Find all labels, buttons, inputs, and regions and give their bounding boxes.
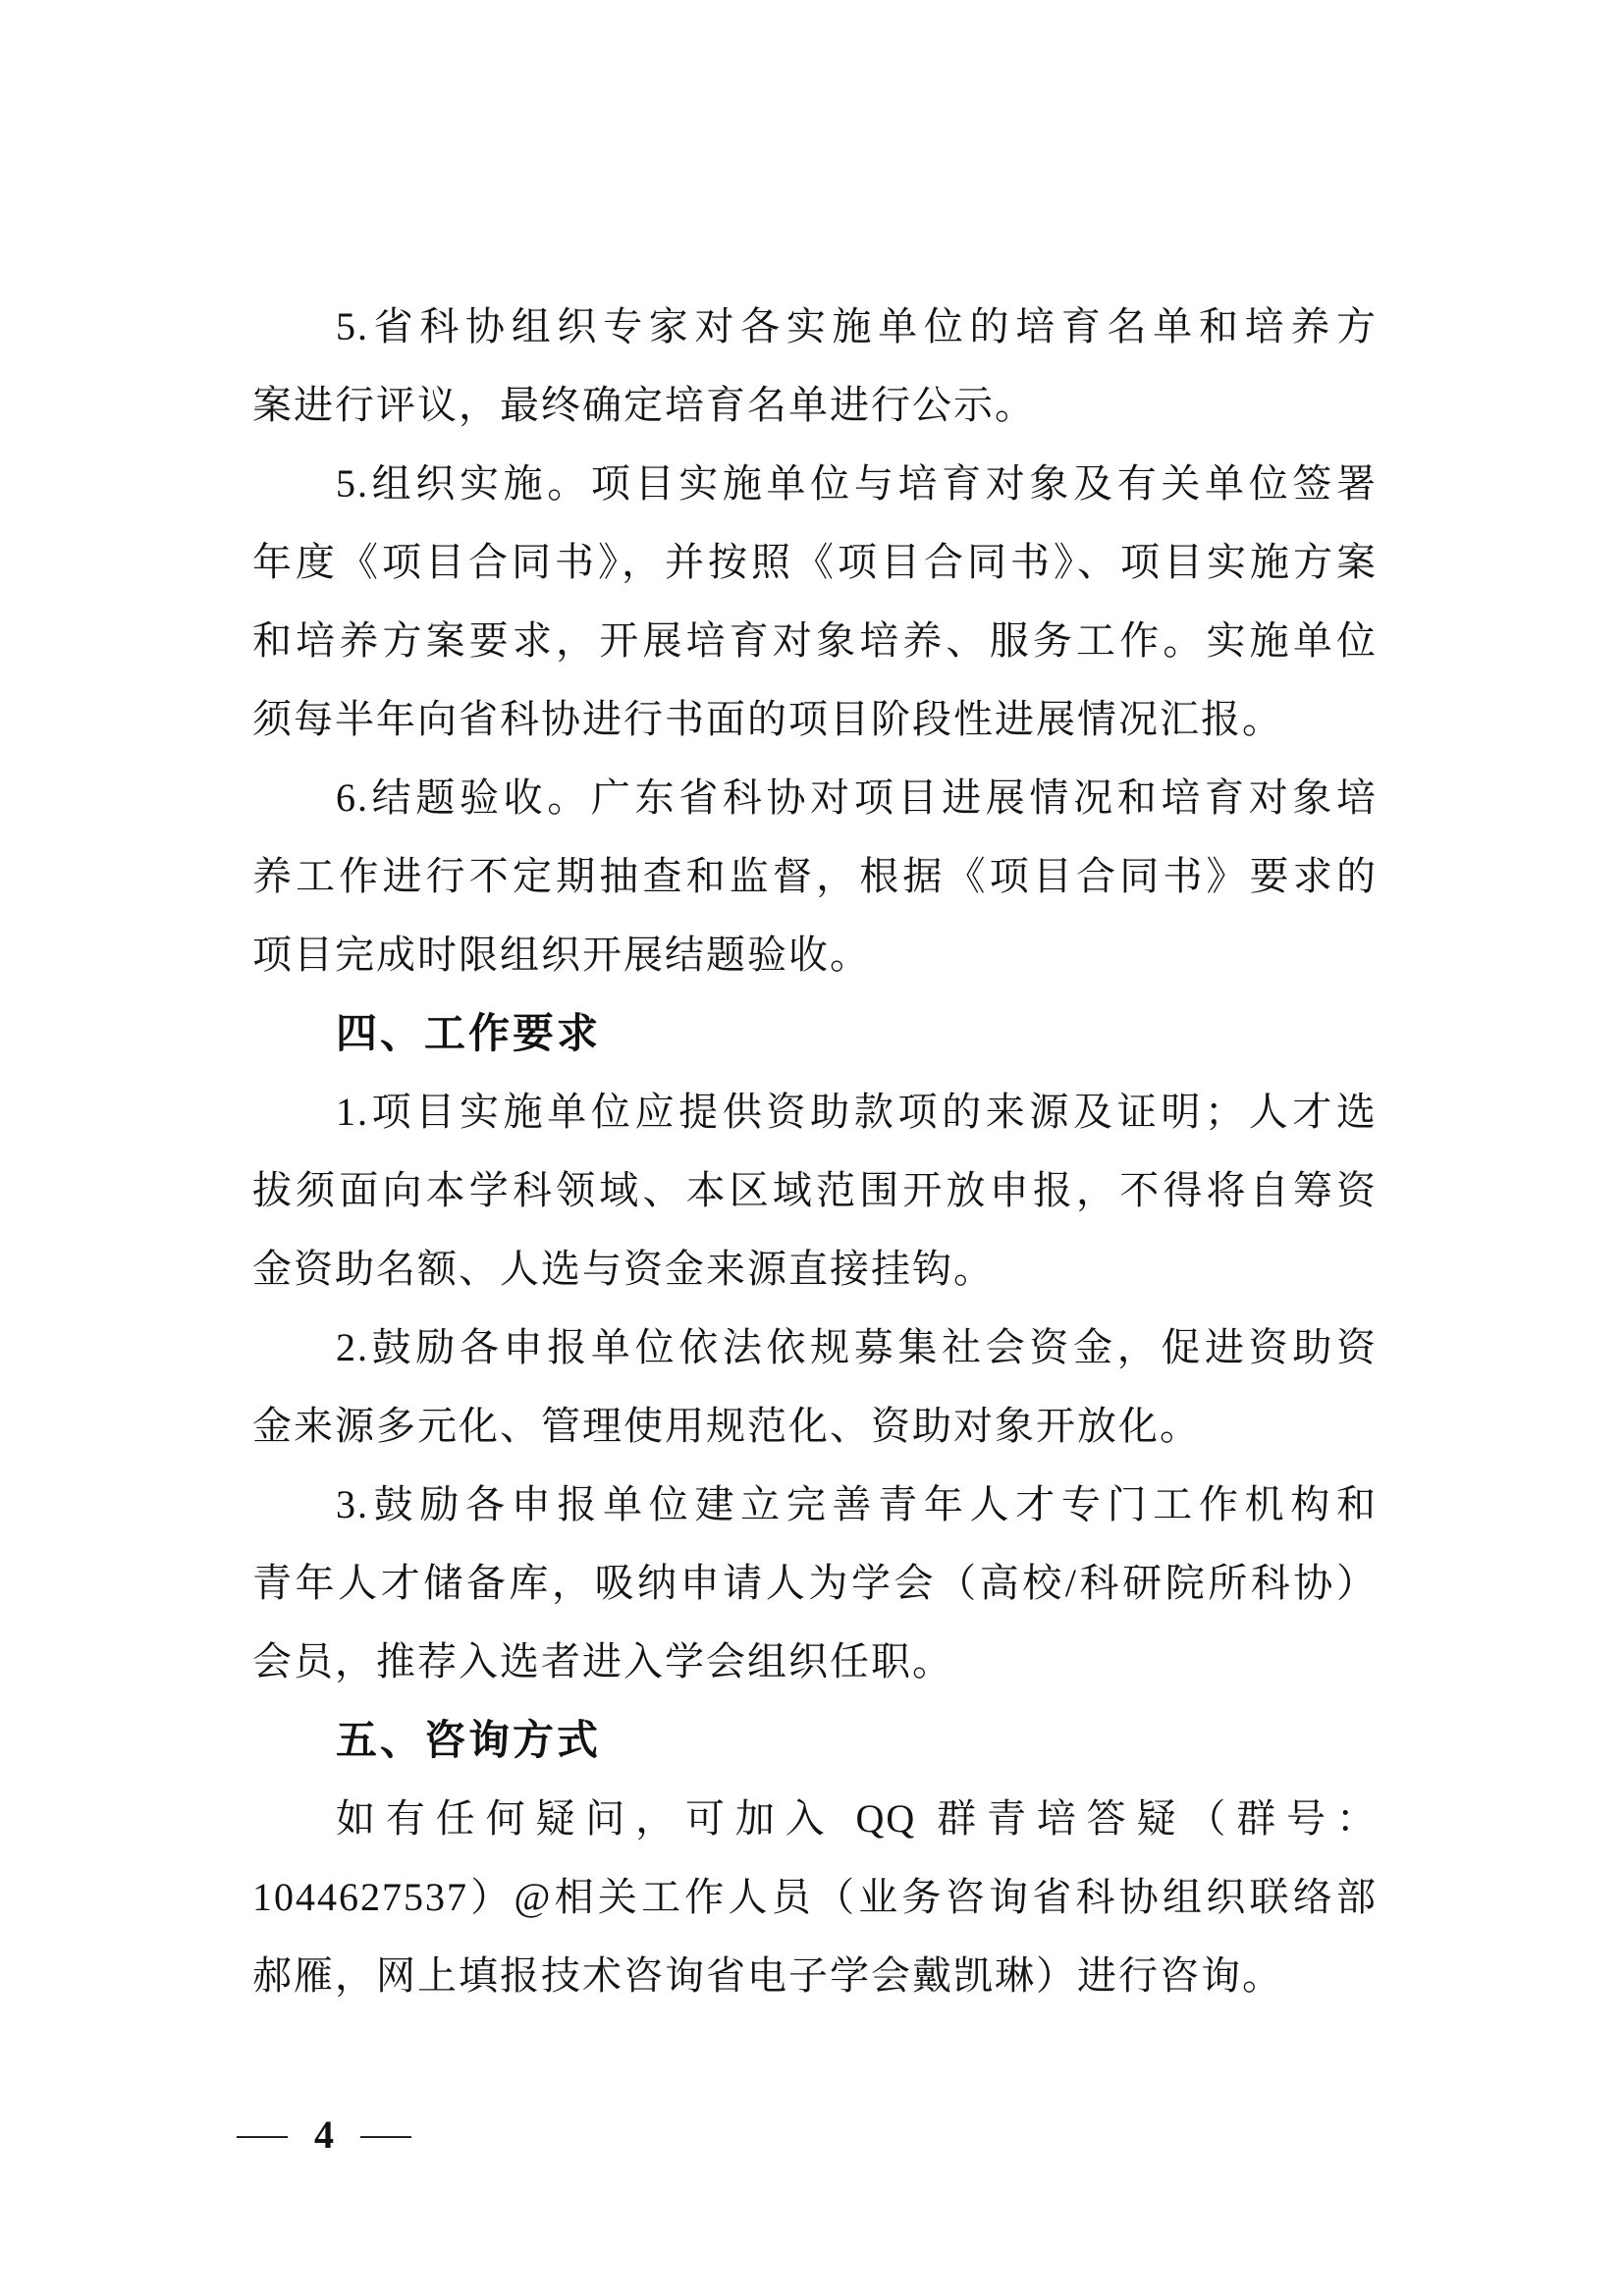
section-heading: 四、工作要求 <box>252 994 1378 1073</box>
page-footer: — 4 — <box>244 2110 405 2158</box>
text-line: 年度《项目合同书》，并按照《项目合同书》、项目实施方案 <box>252 523 1378 602</box>
text-line: 会员，推荐入选者进入学会组织任职。 <box>252 1623 1378 1701</box>
text-line: 5.省科协组织专家对各实施单位的培育名单和培养方 <box>252 288 1378 366</box>
text-line: 和培养方案要求，开展培育对象培养、服务工作。实施单位 <box>252 602 1378 680</box>
text-line: 青年人才储备库，吸纳申请人为学会（高校/科研院所科协） <box>252 1544 1378 1623</box>
page-number: 4 <box>314 2111 334 2158</box>
document-page: 5.省科协组织专家对各实施单位的培育名单和培养方案进行评议，最终确定培育名单进行… <box>0 0 1624 2296</box>
text-line: 项目完成时限组织开展结题验收。 <box>252 916 1378 994</box>
footer-left-dash: — <box>237 2112 287 2156</box>
text-line: 金来源多元化、管理使用规范化、资助对象开放化。 <box>252 1387 1378 1466</box>
text-line: 案进行评议，最终确定培育名单进行公示。 <box>252 366 1378 445</box>
text-line: 拔须面向本学科领域、本区域范围开放申报，不得将自筹资 <box>252 1151 1378 1230</box>
text-line: 郝雁，网上填报技术咨询省电子学会戴凯琳）进行咨询。 <box>252 1937 1378 2015</box>
text-line: 1.项目实施单位应提供资助款项的来源及证明；人才选 <box>252 1073 1378 1151</box>
section-heading: 五、咨询方式 <box>252 1701 1378 1780</box>
text-line: 须每半年向省科协进行书面的项目阶段性进展情况汇报。 <box>252 680 1378 759</box>
text-line: 1044627537）@相关工作人员（业务咨询省科协组织联络部 <box>252 1858 1378 1937</box>
text-line: 3.鼓励各申报单位建立完善青年人才专门工作机构和 <box>252 1466 1378 1544</box>
text-line: 2.鼓励各申报单位依法依规募集社会资金，促进资助资 <box>252 1308 1378 1387</box>
text-line: 如有任何疑问，可加入 QQ 群青培答疑（群号： <box>252 1780 1378 1858</box>
text-line: 6.结题验收。广东省科协对项目进展情况和培育对象培 <box>252 759 1378 837</box>
footer-right-dash: — <box>360 2112 410 2156</box>
document-body: 5.省科协组织专家对各实施单位的培育名单和培养方案进行评议，最终确定培育名单进行… <box>252 288 1378 2015</box>
text-line: 养工作进行不定期抽查和监督，根据《项目合同书》要求的 <box>252 837 1378 916</box>
text-line: 5.组织实施。项目实施单位与培育对象及有关单位签署 <box>252 445 1378 523</box>
text-line: 金资助名额、人选与资金来源直接挂钩。 <box>252 1230 1378 1308</box>
